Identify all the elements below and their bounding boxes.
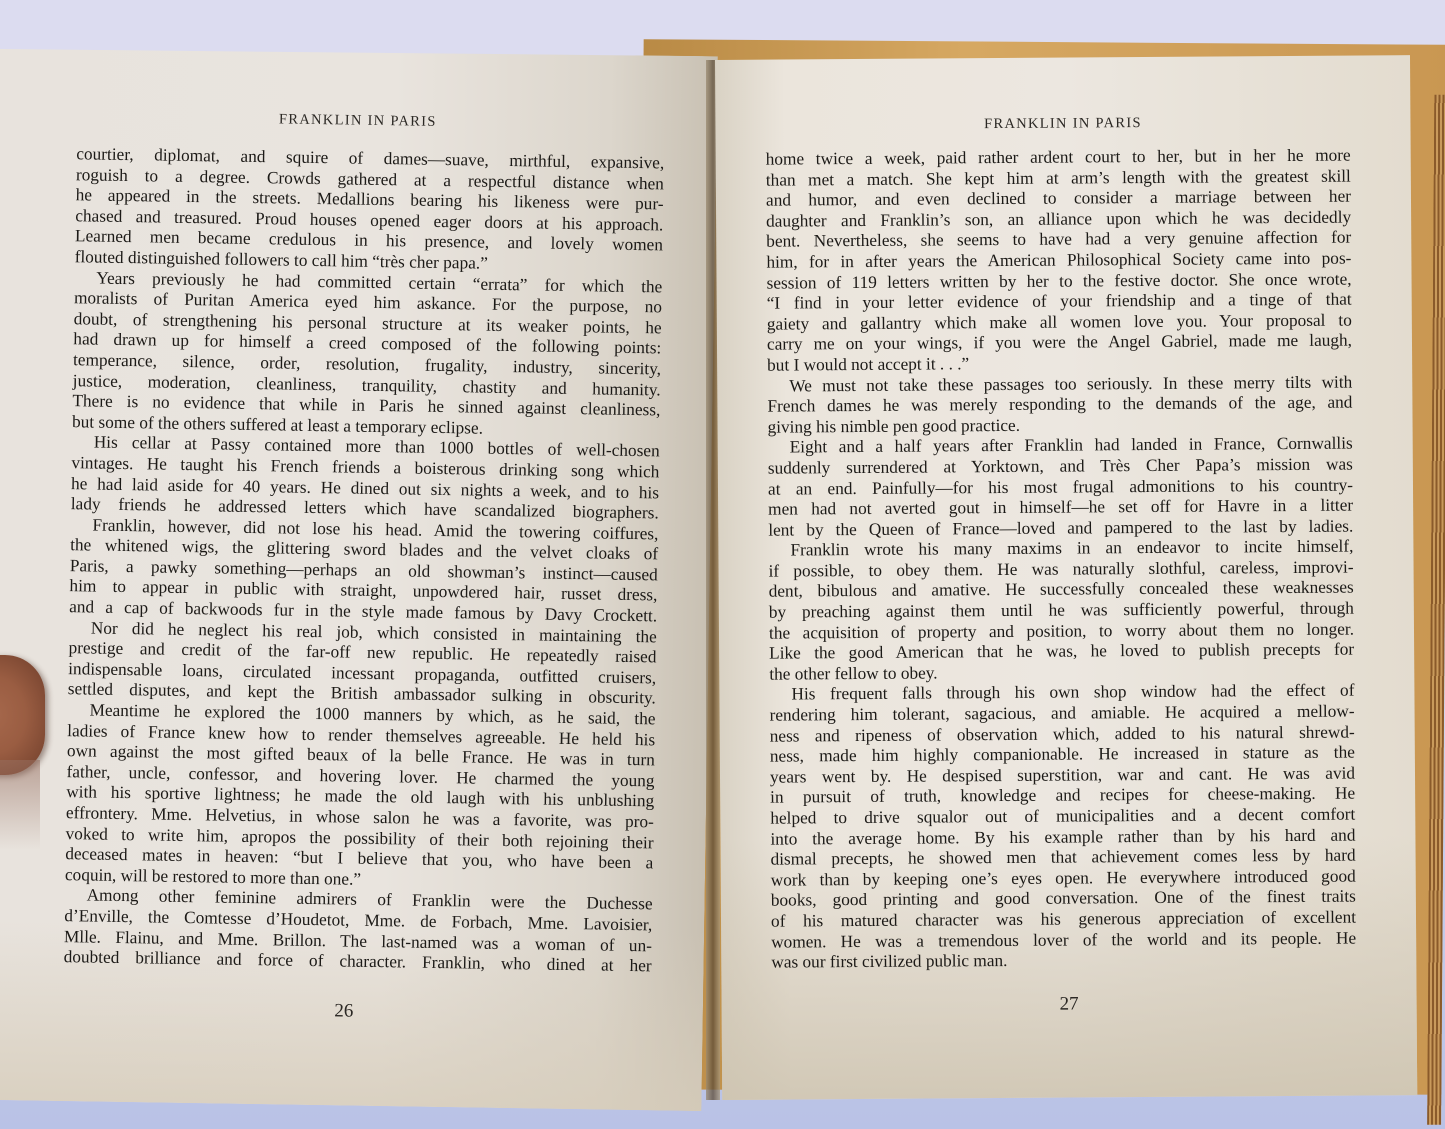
running-head-left: FRANKLIN IN PARIS [0, 107, 717, 135]
text-line: Like the good American that he was, he l… [769, 640, 1354, 665]
thumb-holding-page [0, 655, 45, 775]
left-page-body: courtier, diplomat, and squire of dames—… [64, 144, 665, 977]
text-line: French dames he was merely responding to… [767, 393, 1352, 418]
right-page-body: home twice a week, paid rather ardent co… [766, 146, 1357, 974]
text-line: carry me on your wings, if you were the … [767, 331, 1352, 356]
running-head-right: FRANKLIN IN PARIS [715, 113, 1410, 135]
right-page: FRANKLIN IN PARIS home twice a week, pai… [715, 55, 1417, 1100]
page-block-edge [1427, 95, 1445, 1125]
left-page: FRANKLIN IN PARIS courtier, diplomat, an… [0, 45, 718, 1111]
text-line: women. He was a tremendous lover of the … [771, 928, 1356, 953]
text-line: was our first civilized public man. [771, 949, 1356, 974]
